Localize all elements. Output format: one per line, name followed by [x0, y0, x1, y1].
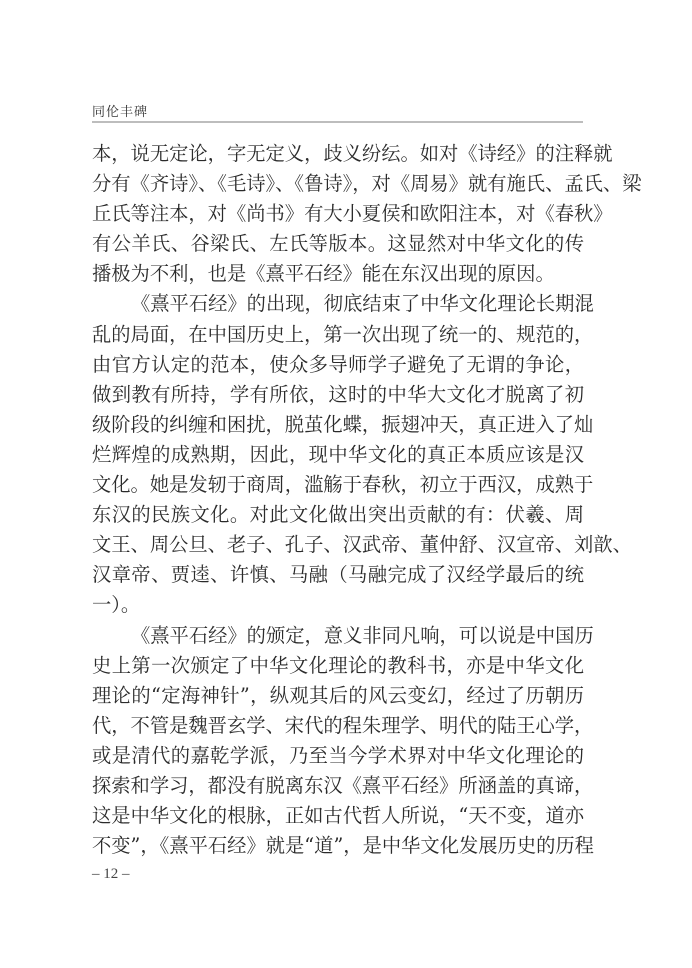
text-line: 史上第一次颁定了中华文化理论的教科书，亦是中华文化 — [92, 651, 584, 681]
text-line: 探索和学习，都没有脱离东汉《熹平石经》所涵盖的真谛， — [92, 771, 584, 801]
paragraph-start-line: 《熹平石经》的出现，彻底结束了中华文化理论长期混 — [92, 289, 584, 319]
text-line: 由官方认定的范本，使众多导师学子避免了无谓的争论， — [92, 350, 584, 380]
text-line: 一）。 — [92, 590, 584, 620]
text-line: 级阶段的纠缠和困扰，脱茧化蝶，振翅冲天，真正进入了灿 — [92, 410, 584, 440]
text-line: 分有《齐诗》、《毛诗》、《鲁诗》，对《周易》就有施氏、孟氏、梁 — [92, 169, 584, 199]
text-line: 做到教有所持，学有所依，这时的中华大文化才脱离了初 — [92, 380, 584, 410]
page-number: – 12 – — [92, 866, 130, 883]
text-line: 这是中华文化的根脉，正如古代哲人所说，“天不变，道亦 — [92, 801, 584, 831]
text-line: 乱的局面，在中国历史上，第一次出现了统一的、规范的， — [92, 320, 584, 350]
text-line: 代，不管是魏晋玄学、宋代的程朱理学、明代的陆王心学， — [92, 711, 584, 741]
header-rule — [92, 121, 583, 123]
body-text: 本，说无定论，字无定义，歧义纷纭。如对《诗经》的注释就 分有《齐诗》、《毛诗》、… — [92, 139, 584, 861]
text-line: 丘氏等注本，对《尚书》有大小夏侯和欧阳注本，对《春秋》 — [92, 199, 584, 229]
text-line: 文王、周公旦、老子、孔子、汉武帝、董仲舒、汉宣帝、刘歆、 — [92, 530, 584, 560]
text-line: 不变”，《熹平石经》就是“道”，是中华文化发展历史的历程 — [92, 831, 584, 861]
text-line: 汉章帝、贾逵、许慎、马融（马融完成了汉经学最后的统 — [92, 560, 584, 590]
text-line: 播极为不利，也是《熹平石经》能在东汉出现的原因。 — [92, 259, 584, 289]
text-line: 本，说无定论，字无定义，歧义纷纭。如对《诗经》的注释就 — [92, 139, 584, 169]
running-head: 同伦丰碑 — [92, 101, 148, 120]
paragraph-start-line: 《熹平石经》的颁定，意义非同凡响，可以说是中国历 — [92, 621, 584, 651]
text-line: 或是清代的嘉乾学派，乃至当今学术界对中华文化理论的 — [92, 741, 584, 771]
text-line: 有公羊氏、谷梁氏、左氏等版本。这显然对中华文化的传 — [92, 229, 584, 259]
text-line: 东汉的民族文化。对此文化做出突出贡献的有：伏羲、周 — [92, 500, 584, 530]
text-line: 烂辉煌的成熟期，因此，现中华文化的真正本质应该是汉 — [92, 440, 584, 470]
text-line: 理论的“定海神针”，纵观其后的风云变幻，经过了历朝历 — [92, 681, 584, 711]
text-line: 文化。她是发轫于商周，滥觞于春秋，初立于西汉，成熟于 — [92, 470, 584, 500]
